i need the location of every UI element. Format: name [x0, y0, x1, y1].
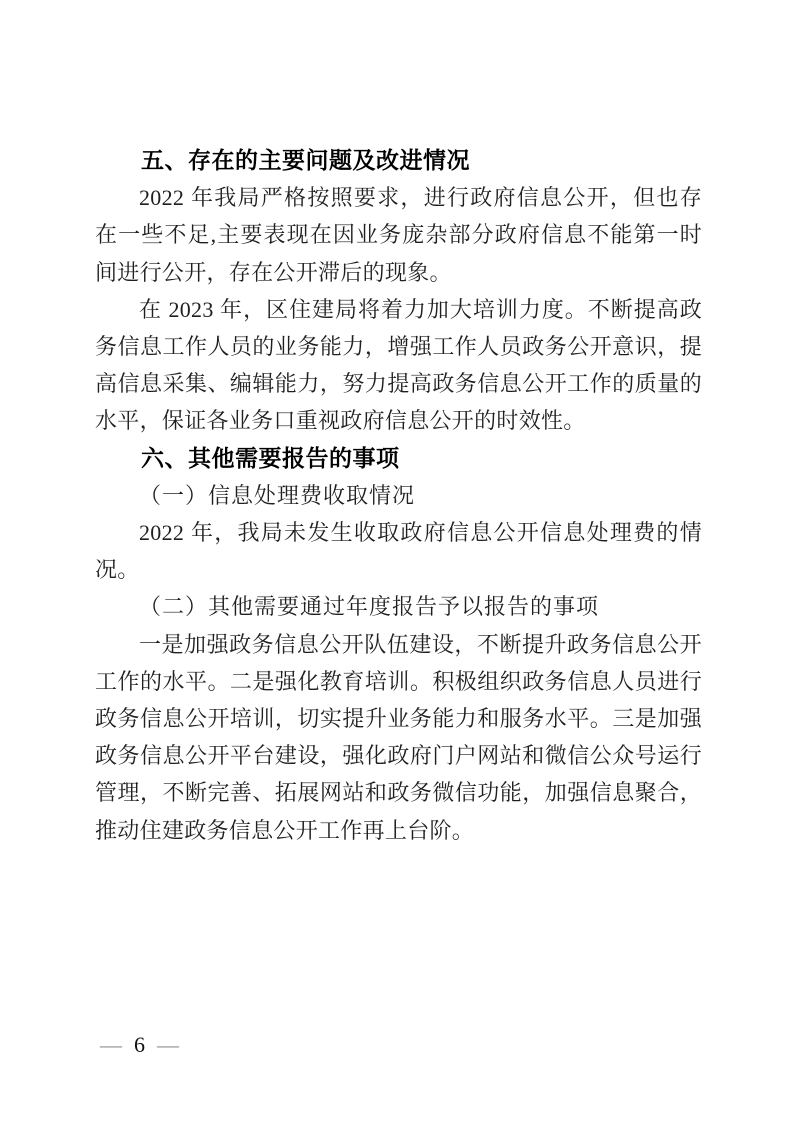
section-heading-6: 六、其他需要报告的事项 [95, 440, 702, 477]
subsection-heading-fee: （一）信息处理费收取情况 [95, 477, 702, 514]
paragraph-other-items: 一是加强政务信息公开队伍建设，不断提升政务信息公开工作的水平。二是强化教育培训。… [95, 626, 702, 849]
page-footer: —6— [98, 1032, 181, 1058]
document-body: 五、存在的主要问题及改进情况 2022 年我局严格按照要求，进行政府信息公开，但… [95, 142, 702, 849]
paragraph-fee-status: 2022 年，我局未发生收取政府信息公开信息处理费的情况。 [95, 514, 702, 588]
footer-right-dash: — [155, 1032, 181, 1057]
footer-left-dash: — [98, 1032, 124, 1057]
paragraph-improvement-plan: 在 2023 年，区住建局将着力加大培训力度。不断提高政务信息工作人员的业务能力… [95, 291, 702, 440]
document-page: { "document": { "blocks": [ { "type": "h… [0, 0, 793, 1122]
page-background: 五、存在的主要问题及改进情况 2022 年我局严格按照要求，进行政府信息公开，但… [0, 0, 793, 1122]
section-heading-5: 五、存在的主要问题及改进情况 [95, 142, 702, 179]
paragraph-problems: 2022 年我局严格按照要求，进行政府信息公开，但也存在一些不足,主要表现在因业… [95, 179, 702, 291]
page-number: 6 [124, 1032, 155, 1057]
subsection-heading-other-items: （二）其他需要通过年度报告予以报告的事项 [95, 588, 702, 625]
